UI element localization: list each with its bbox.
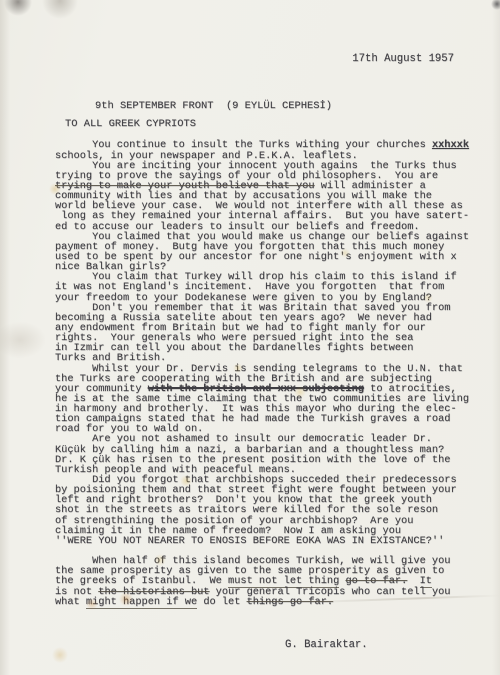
document-body: You continue to insult the Turks withing… bbox=[0, 140, 500, 606]
document-line: what might happen if we do let things go… bbox=[55, 597, 500, 607]
letter-date: 17th August 1957 bbox=[0, 54, 500, 65]
letter-title: 9th SEPTEMBER FRONT (9 EYLÜL CEPHESİ) bbox=[95, 101, 500, 111]
letter-salutation: TO ALL GREEK CYPRIOTS bbox=[65, 119, 500, 129]
document-line: ''WERE YOU NOT NEARER TO ENOSIS BEFORE E… bbox=[55, 536, 500, 546]
scanned-letter-page: 17th August 1957 9th SEPTEMBER FRONT (9 … bbox=[0, 0, 500, 675]
letter-signature: G. Bairaktar. bbox=[285, 640, 500, 651]
